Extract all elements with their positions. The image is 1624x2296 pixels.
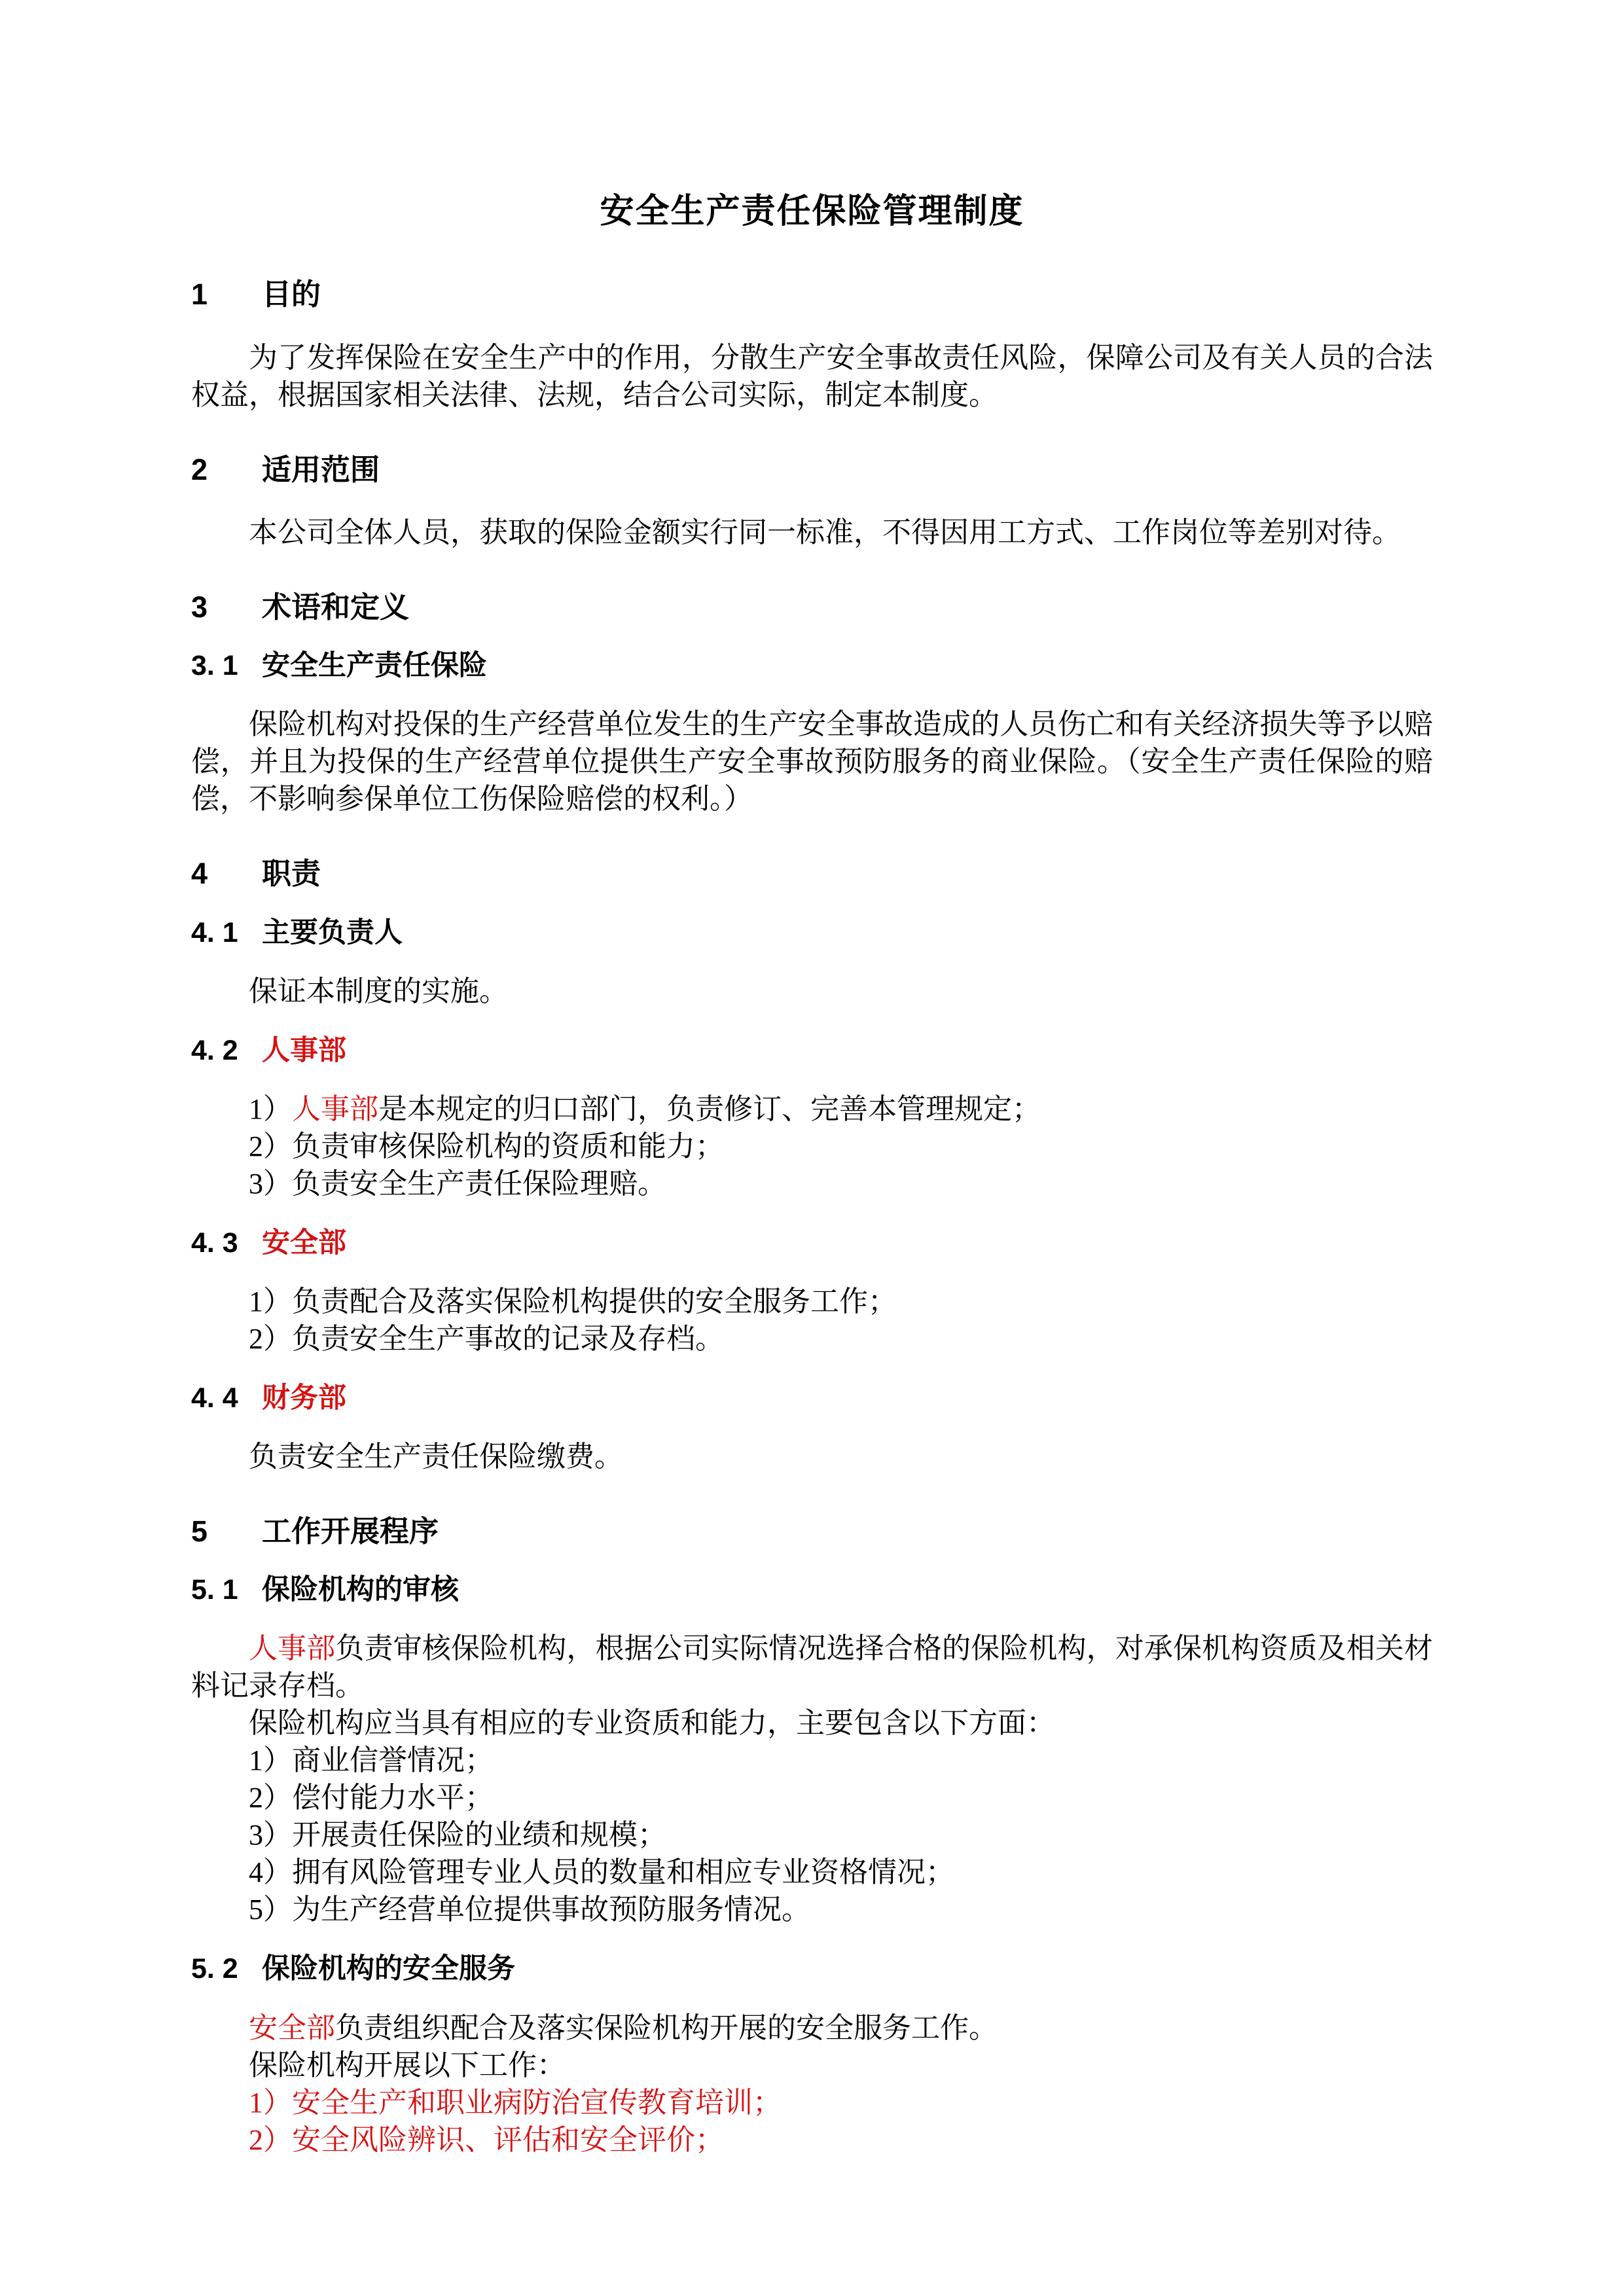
section-scope: 2适用范围 本公司全体人员，获取的保险金额实行同一标准，不得因用工方式、工作岗位…: [191, 454, 1433, 551]
heading-label: 人事部: [262, 1035, 346, 1066]
list-item: 1）商业信誉情况；: [191, 1742, 1433, 1779]
list-item: 2）负责安全生产事故的记录及存档。: [191, 1320, 1433, 1357]
list-item: 2）安全风险辨识、评估和安全评价；: [191, 2121, 1433, 2159]
list-item: 3）开展责任保险的业绩和规模；: [191, 1816, 1433, 1854]
heading-label: 保险机构的安全服务: [262, 1953, 515, 1984]
heading-label: 保险机构的审核: [262, 1574, 459, 1605]
section-5-heading: 5工作开展程序: [191, 1516, 1433, 1547]
section-4-3-heading: 4. 3安全部: [191, 1229, 1433, 1258]
heading-number: 4. 3: [191, 1229, 262, 1258]
section-3-1-heading: 3. 1安全生产责任保险: [191, 651, 1433, 681]
qualification-intro-paragraph: 保险机构应当具有相应的专业资质和能力，主要包含以下方面：: [191, 1704, 1433, 1742]
insurance-definition-paragraph: 保险机构对投保的生产经营单位发生的生产安全事故造成的人员伤亡和有关经济损失等予以…: [191, 706, 1433, 817]
document-page: 安全生产责任保险管理制度 1目的 为了发挥保险在安全生产中的作用，分散生产安全事…: [0, 0, 1624, 2296]
section-terms: 3术语和定义 3. 1安全生产责任保险 保险机构对投保的生产经营单位发生的生产安…: [191, 592, 1433, 817]
list-item: 2）偿付能力水平；: [191, 1779, 1433, 1816]
department-name: 安全部: [249, 2012, 335, 2044]
item-text: 是本规定的归口部门，负责修订、完善本管理规定；: [378, 1093, 1041, 1125]
section-4-1-heading: 4. 1主要负责人: [191, 918, 1433, 948]
heading-number: 5: [191, 1516, 262, 1547]
heading-label: 术语和定义: [262, 590, 409, 624]
heading-number: 5. 1: [191, 1575, 262, 1605]
heading-label: 安全生产责任保险: [262, 650, 487, 681]
principal-duty-paragraph: 保证本制度的实施。: [191, 973, 1433, 1010]
heading-label: 适用范围: [262, 453, 380, 486]
section-purpose: 1目的 为了发挥保险在安全生产中的作用，分散生产安全事故责任风险，保障公司及有关…: [191, 279, 1433, 413]
service-intro-paragraph: 保险机构开展以下工作：: [191, 2047, 1433, 2084]
section-responsibilities: 4职责 4. 1主要负责人 保证本制度的实施。 4. 2人事部 1）人事部是本规…: [191, 858, 1433, 1475]
section-4-heading: 4职责: [191, 858, 1433, 889]
heading-label: 安全部: [262, 1227, 346, 1259]
finance-duty-paragraph: 负责安全生产责任保险缴费。: [191, 1438, 1433, 1475]
heading-label: 财务部: [262, 1382, 346, 1414]
department-name: 人事部: [292, 1093, 378, 1125]
section-5-1-heading: 5. 1保险机构的审核: [191, 1575, 1433, 1605]
paragraph-text: 负责审核保险机构，根据公司实际情况选择合格的保险机构，对承保机构资质及相关材料记…: [191, 1632, 1433, 1702]
list-item: 5）为生产经营单位提供事故预防服务情况。: [191, 1891, 1433, 1928]
section-4-4-heading: 4. 4财务部: [191, 1384, 1433, 1413]
section-procedures: 5工作开展程序 5. 1保险机构的审核 人事部负责审核保险机构，根据公司实际情况…: [191, 1516, 1433, 2159]
heading-number: 3: [191, 592, 262, 622]
heading-label: 工作开展程序: [262, 1515, 439, 1548]
review-paragraph: 人事部负责审核保险机构，根据公司实际情况选择合格的保险机构，对承保机构资质及相关…: [191, 1630, 1433, 1704]
paragraph-text: 负责组织配合及落实保险机构开展的安全服务工作。: [335, 2012, 998, 2044]
heading-number: 4. 1: [191, 918, 262, 948]
list-item: 1）人事部是本规定的归口部门，负责修订、完善本管理规定；: [191, 1090, 1433, 1128]
heading-number: 4: [191, 858, 262, 889]
section-1-heading: 1目的: [191, 279, 1433, 310]
section-3-heading: 3术语和定义: [191, 592, 1433, 622]
service-paragraph: 安全部负责组织配合及落实保险机构开展的安全服务工作。: [191, 2009, 1433, 2047]
section-5-2-heading: 5. 2保险机构的安全服务: [191, 1954, 1433, 1984]
list-item: 1）负责配合及落实保险机构提供的安全服务工作；: [191, 1283, 1433, 1320]
list-item: 4）拥有风险管理专业人员的数量和相应专业资格情况；: [191, 1854, 1433, 1891]
heading-label: 主要负责人: [262, 917, 403, 948]
item-number: 1）: [249, 1093, 292, 1125]
purpose-paragraph: 为了发挥保险在安全生产中的作用，分散生产安全事故责任风险，保障公司及有关人员的合…: [191, 339, 1433, 414]
heading-number: 4. 4: [191, 1384, 262, 1413]
heading-number: 1: [191, 279, 262, 310]
list-item: 3）负责安全生产责任保险理赔。: [191, 1165, 1433, 1202]
section-4-2-heading: 4. 2人事部: [191, 1036, 1433, 1066]
heading-number: 4. 2: [191, 1036, 262, 1066]
list-item: 2）负责审核保险机构的资质和能力；: [191, 1128, 1433, 1165]
heading-label: 目的: [262, 278, 321, 311]
department-name: 人事部: [249, 1632, 335, 1664]
scope-paragraph: 本公司全体人员，获取的保险金额实行同一标准，不得因用工方式、工作岗位等差别对待。: [191, 514, 1433, 551]
heading-number: 5. 2: [191, 1954, 262, 1984]
heading-number: 2: [191, 454, 262, 485]
heading-label: 职责: [262, 857, 321, 890]
page-title: 安全生产责任保险管理制度: [191, 191, 1433, 232]
section-2-heading: 2适用范围: [191, 454, 1433, 485]
list-item: 1）安全生产和职业病防治宣传教育培训；: [191, 2084, 1433, 2121]
heading-number: 3. 1: [191, 651, 262, 681]
